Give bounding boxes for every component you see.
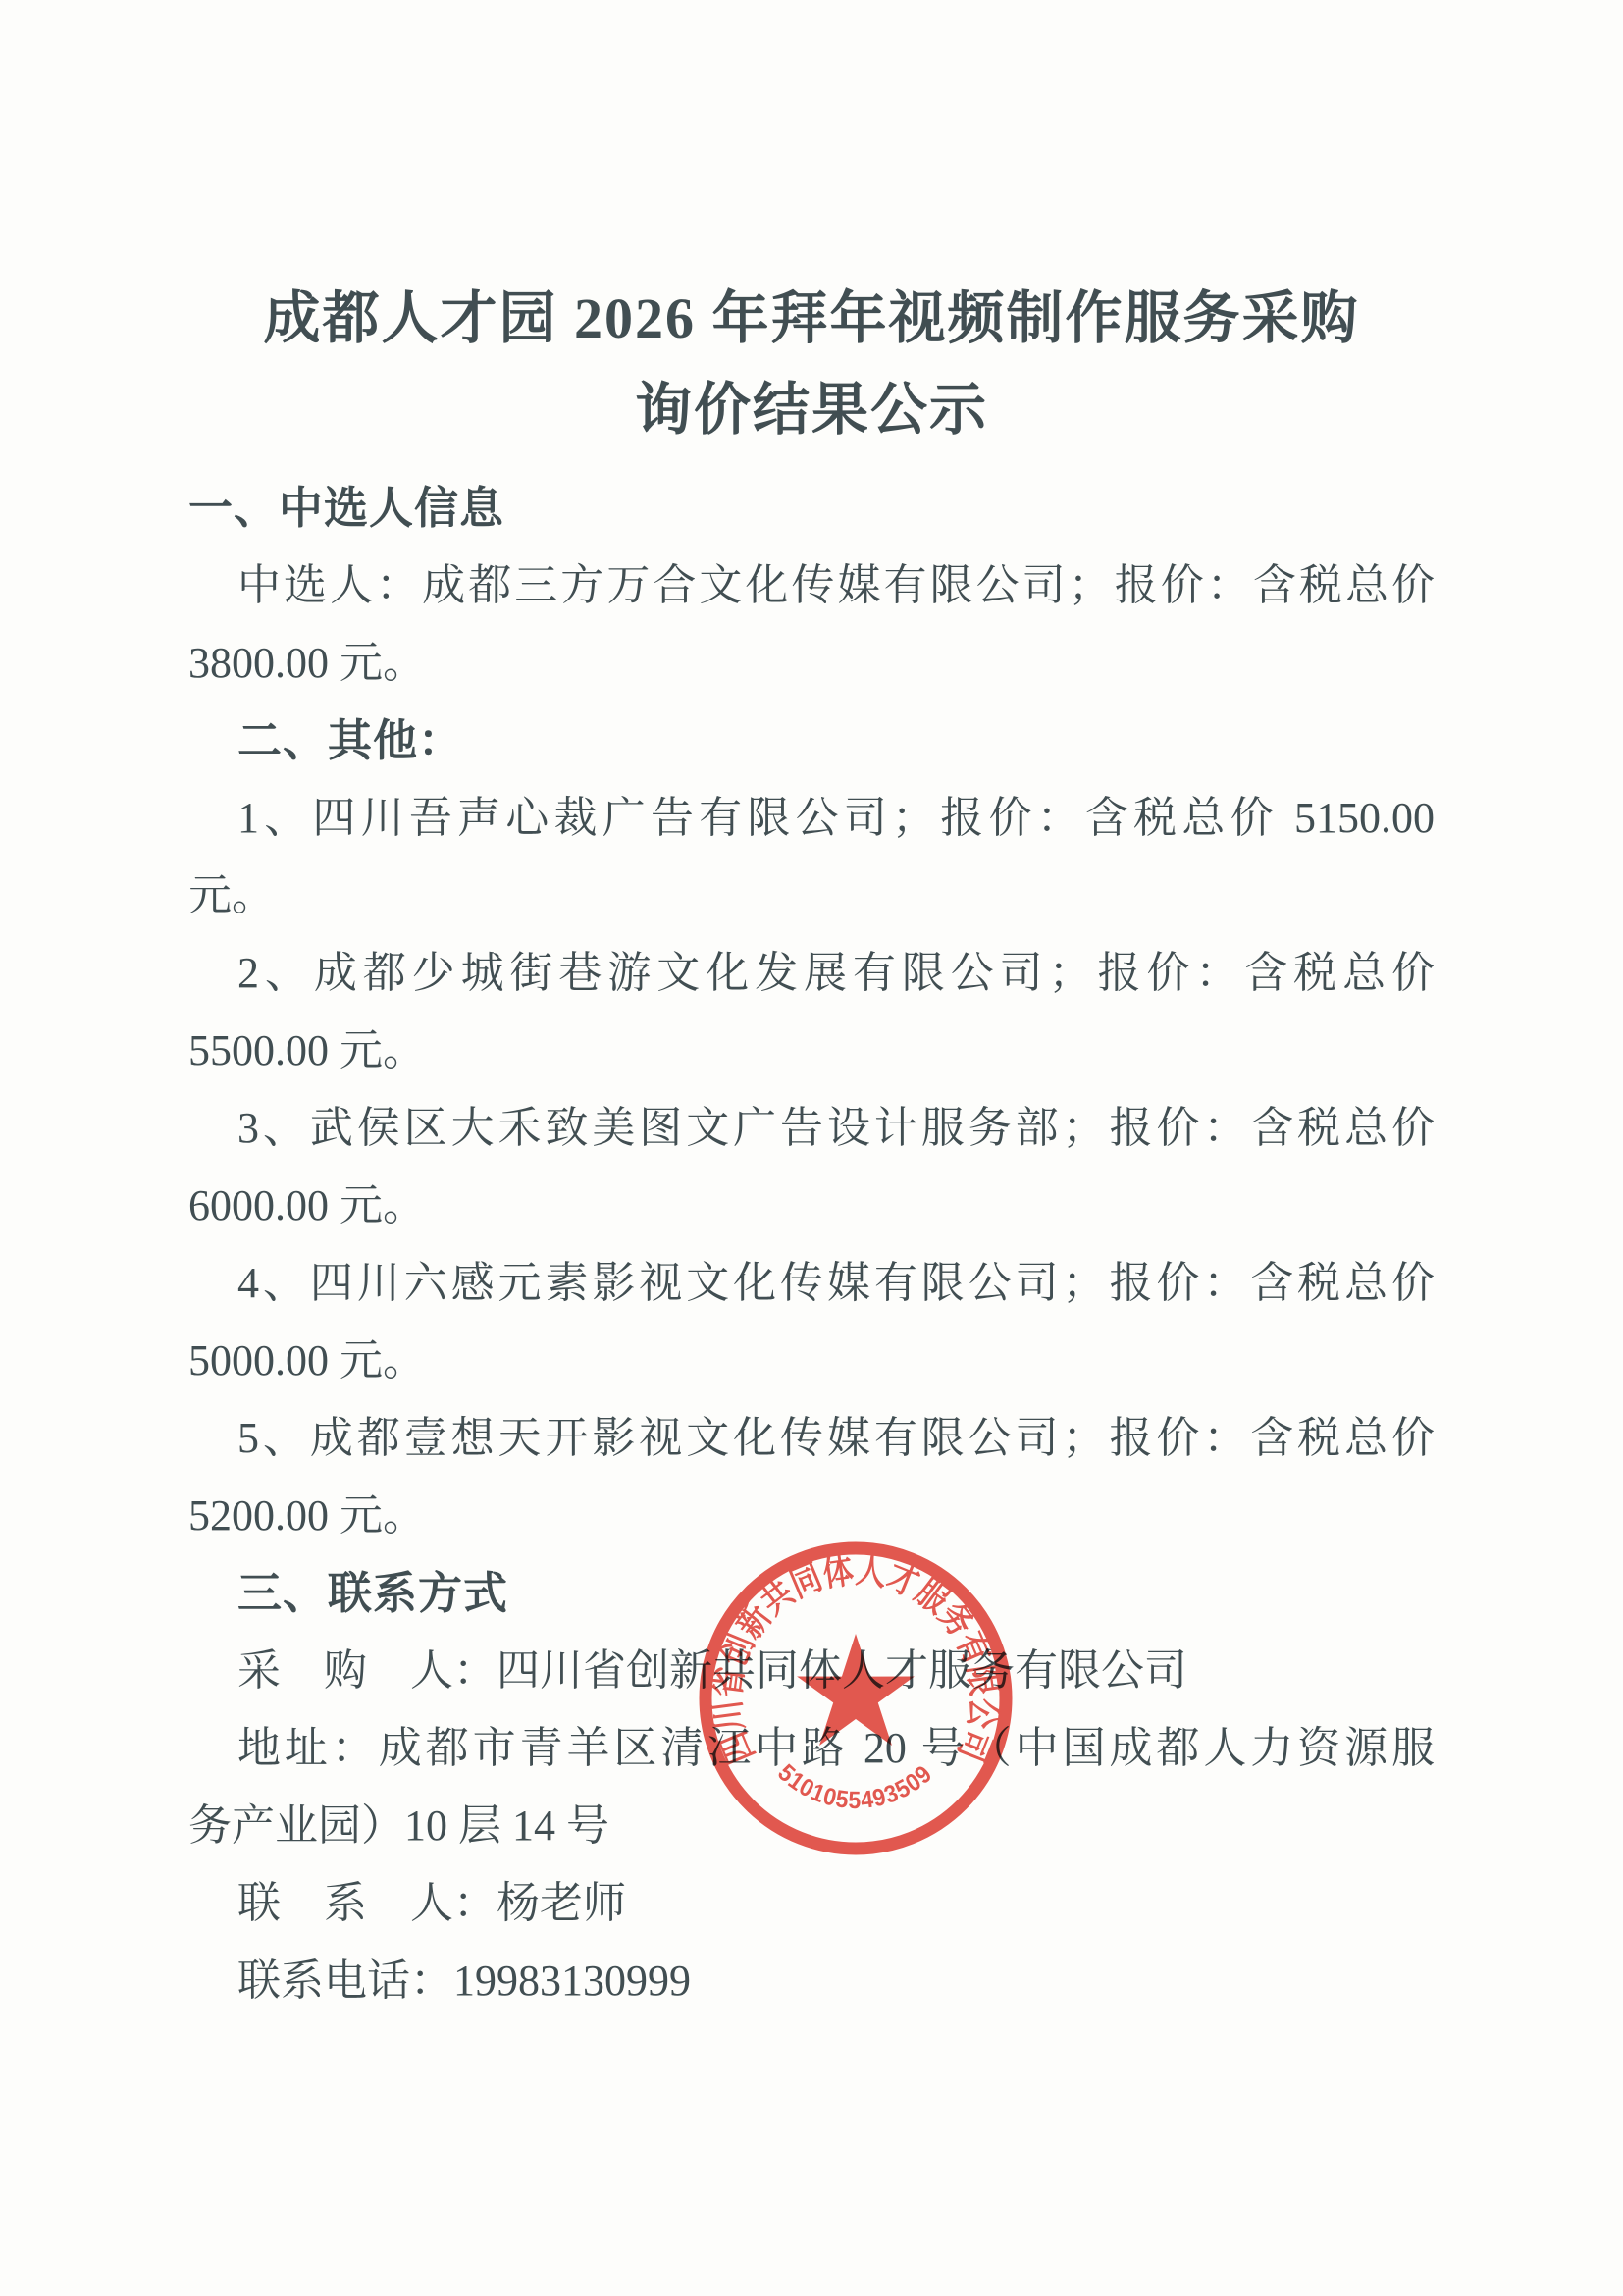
seal-serial-number: 5101055493509 bbox=[772, 1759, 938, 1814]
paragraph-line: 中选人：成都三方万合文化传媒有限公司；报价：含税总价 bbox=[188, 547, 1435, 624]
paragraph-line: 6000.00 元。 bbox=[188, 1167, 1435, 1244]
paragraph-line: 3800.00 元。 bbox=[188, 624, 1435, 702]
seal-star-icon bbox=[797, 1634, 915, 1746]
bidder-line-4: 4、四川六感元素影视文化传媒有限公司；报价：含税总价 bbox=[188, 1244, 1435, 1322]
scanned-document-page: 成都人才园 2026 年拜年视频制作服务采购 询价结果公示 一、中选人信息 中选… bbox=[0, 0, 1623, 2296]
paragraph-line: 5000.00 元。 bbox=[188, 1322, 1435, 1399]
bidder-line-1: 1、四川吾声心裁广告有限公司；报价：含税总价 5150.00 bbox=[188, 779, 1435, 857]
bidder-line-3: 3、武侯区大禾致美图文广告设计服务部；报价：含税总价 bbox=[188, 1089, 1435, 1167]
paragraph-line: 5500.00 元。 bbox=[188, 1012, 1435, 1089]
official-seal: 四川省创新共同体人才服务有限公司 5101055493509 bbox=[679, 1522, 1032, 1875]
title-line-2: 询价结果公示 bbox=[188, 364, 1435, 455]
title-line-1: 成都人才园 2026 年拜年视频制作服务采购 bbox=[188, 273, 1435, 364]
section-heading-others: 二、其他： bbox=[188, 702, 1435, 779]
contact-phone-line: 联系电话：19983130999 bbox=[188, 1942, 1435, 2019]
contact-person-line: 联 系 人：杨老师 bbox=[188, 1864, 1435, 1942]
section-heading-winner: 一、中选人信息 bbox=[188, 469, 1435, 547]
bidder-line-5: 5、成都壹想天开影视文化传媒有限公司；报价：含税总价 bbox=[188, 1399, 1435, 1477]
svg-text:5101055493509: 5101055493509 bbox=[772, 1759, 938, 1814]
bidder-line-2: 2、成都少城街巷游文化发展有限公司；报价：含税总价 bbox=[188, 934, 1435, 1012]
document-title: 成都人才园 2026 年拜年视频制作服务采购 询价结果公示 bbox=[188, 273, 1435, 455]
paragraph-line: 元。 bbox=[188, 857, 1435, 934]
